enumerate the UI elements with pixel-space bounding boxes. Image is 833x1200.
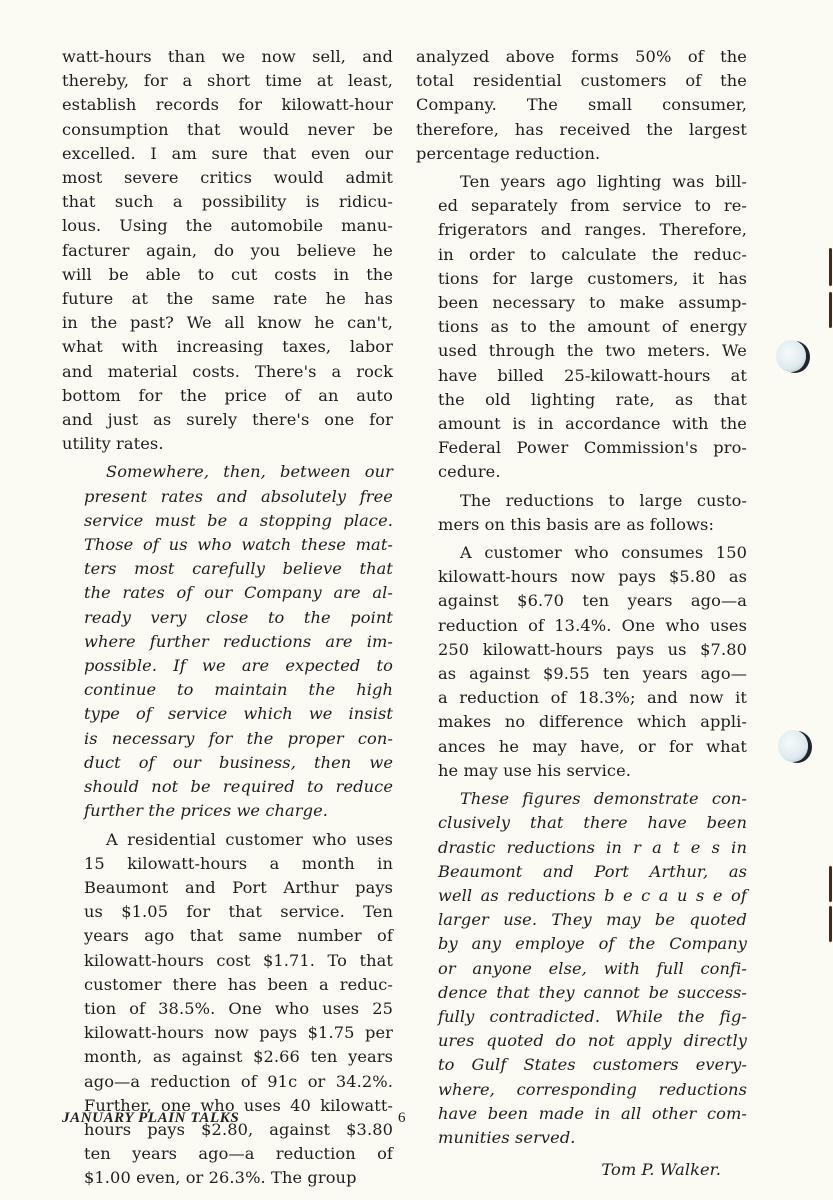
text-line: ures quoted do not apply directly	[416, 1029, 747, 1053]
text-line: the rates of our Company are al-	[62, 581, 393, 605]
text-line: Beaumont and Port Arthur pays	[62, 876, 393, 900]
text-line: us $1.05 for that service. Ten	[62, 900, 393, 924]
text-line: clusively that there have been	[416, 811, 747, 835]
text-line: possible. If we are expected to	[62, 654, 393, 678]
author-signature: Tom P. Walker.	[416, 1158, 747, 1182]
edge-mark	[829, 906, 832, 942]
right-column-paragraphs: analyzed above forms 50% of thetotal res…	[416, 45, 747, 1150]
edge-mark	[829, 248, 832, 286]
text-line: tion of 38.5%. One who uses 25	[62, 997, 393, 1021]
text-line: what with increasing taxes, labor	[62, 335, 393, 359]
text-line: The reductions to large custo-	[416, 489, 747, 513]
text-line: he may use his service.	[416, 759, 747, 783]
text-line: the old lighting rate, as that	[416, 388, 747, 412]
text-line: been necessary to make assump-	[416, 291, 747, 315]
text-line: reduction of 13.4%. One who uses	[416, 614, 747, 638]
text-line: and just as surely there's one for	[62, 408, 393, 432]
text-line: drastic reductions in r a t e s in	[416, 836, 747, 860]
text-line: continue to maintain the high	[62, 678, 393, 702]
text-line: most severe critics would admit	[62, 166, 393, 190]
paragraph: A residential customer who uses15 kilowa…	[62, 828, 393, 1191]
text-line: 250 kilowatt-hours pays us $7.80	[416, 638, 747, 662]
text-line: years ago that same number of	[62, 924, 393, 948]
text-line: dence that they cannot be success-	[416, 981, 747, 1005]
text-line: Federal Power Commission's pro-	[416, 436, 747, 460]
text-line: where, corresponding reductions	[416, 1078, 747, 1102]
text-line: should not be required to reduce	[62, 775, 393, 799]
text-line: Ten years ago lighting was bill-	[416, 170, 747, 194]
text-line: ed separately from service to re-	[416, 194, 747, 218]
text-line: A customer who consumes 150	[416, 541, 747, 565]
text-line: customer there has been a reduc-	[62, 973, 393, 997]
text-line: and material costs. There's a rock	[62, 360, 393, 384]
text-line: thereby, for a short time at least,	[62, 69, 393, 93]
text-line: kilowatt-hours cost $1.71. To that	[62, 949, 393, 973]
text-line: duct of our business, then we	[62, 751, 393, 775]
text-line: ances he may have, or for what	[416, 735, 747, 759]
text-line: watt-hours than we now sell, and	[62, 45, 393, 69]
text-line: type of service which we insist	[62, 702, 393, 726]
left-column: watt-hours than we now sell, andthereby,…	[62, 45, 393, 1191]
page-number: 6	[398, 1110, 406, 1127]
publication-title: JANUARY PLAIN TALKS	[62, 1110, 239, 1126]
text-line: larger use. They may be quoted	[416, 908, 747, 932]
text-line: amount is in accordance with the	[416, 412, 747, 436]
text-line: Those of us who watch these mat-	[62, 533, 393, 557]
text-line: have billed 25-kilowatt-hours at	[416, 364, 747, 388]
text-line: ready very close to the point	[62, 606, 393, 630]
text-line: makes no difference which appli-	[416, 710, 747, 734]
text-line: percentage reduction.	[416, 142, 747, 166]
text-line: used through the two meters. We	[416, 339, 747, 363]
paragraph: The reductions to large custo-mers on th…	[416, 489, 747, 537]
text-line: to Gulf States customers every-	[416, 1053, 747, 1077]
text-line: service must be a stopping place.	[62, 509, 393, 533]
text-line: a reduction of 18.3%; and now it	[416, 686, 747, 710]
text-line: tions as to the amount of energy	[416, 315, 747, 339]
page-footer: JANUARY PLAIN TALKS 6	[62, 1110, 422, 1127]
text-line: ters most carefully believe that	[62, 557, 393, 581]
text-line: mers on this basis are as follows:	[416, 513, 747, 537]
text-line: fully contradicted. While the fig-	[416, 1005, 747, 1029]
text-line: that such a possibility is ridicu-	[62, 190, 393, 214]
text-line: as against $9.55 ten years ago—	[416, 662, 747, 686]
text-line: is necessary for the proper con-	[62, 727, 393, 751]
paragraph: These figures demonstrate con-clusively …	[416, 787, 747, 1150]
text-line: month, as against $2.66 ten years	[62, 1045, 393, 1069]
text-line: kilowatt-hours now pays $1.75 per	[62, 1021, 393, 1045]
text-line: facturer again, do you believe he	[62, 239, 393, 263]
text-line: well as reductions b e c a u s e of	[416, 884, 747, 908]
text-line: have been made in all other com-	[416, 1102, 747, 1126]
text-line: consumption that would never be	[62, 118, 393, 142]
text-line: by any employe of the Company	[416, 932, 747, 956]
text-line: bottom for the price of an auto	[62, 384, 393, 408]
text-line: will be able to cut costs in the	[62, 263, 393, 287]
text-line: present rates and absolutely free	[62, 485, 393, 509]
text-line: 15 kilowatt-hours a month in	[62, 852, 393, 876]
text-line: in order to calculate the reduc-	[416, 243, 747, 267]
text-line: Somewhere, then, between our	[62, 460, 393, 484]
text-line: ago—a reduction of 91c or 34.2%.	[62, 1070, 393, 1094]
text-line: establish records for kilowatt-hour	[62, 93, 393, 117]
text-line: ten years ago—a reduction of	[62, 1142, 393, 1166]
text-line: analyzed above forms 50% of the	[416, 45, 747, 69]
text-line: kilowatt-hours now pays $5.80 as	[416, 565, 747, 589]
text-line: cedure.	[416, 460, 747, 484]
text-line: These figures demonstrate con-	[416, 787, 747, 811]
text-line: $1.00 even, or 26.3%. The group	[62, 1166, 393, 1190]
text-line: frigerators and ranges. Therefore,	[416, 218, 747, 242]
text-line: utility rates.	[62, 432, 393, 456]
paragraph: A customer who consumes 150kilowatt-hour…	[416, 541, 747, 783]
text-line: lous. Using the automobile manu-	[62, 214, 393, 238]
binder-hole-bottom	[778, 730, 808, 762]
text-line: munities served.	[416, 1126, 747, 1150]
edge-mark	[829, 292, 832, 328]
paragraph: Ten years ago lighting was bill-ed separ…	[416, 170, 747, 485]
text-line: where further reductions are im-	[62, 630, 393, 654]
text-line: tions for large customers, it has	[416, 267, 747, 291]
paragraph: analyzed above forms 50% of thetotal res…	[416, 45, 747, 166]
text-line: Beaumont and Port Arthur, as	[416, 860, 747, 884]
text-line: excelled. I am sure that even our	[62, 142, 393, 166]
text-line: therefore, has received the largest	[416, 118, 747, 142]
binder-hole-top	[776, 340, 806, 372]
text-line: Company. The small consumer,	[416, 93, 747, 117]
text-line: further the prices we charge.	[62, 799, 393, 823]
right-column: analyzed above forms 50% of thetotal res…	[416, 45, 747, 1182]
text-line: or anyone else, with full confi-	[416, 957, 747, 981]
text-line: A residential customer who uses	[62, 828, 393, 852]
text-line: future at the same rate he has	[62, 287, 393, 311]
paragraph: Somewhere, then, between ourpresent rate…	[62, 460, 393, 823]
text-line: against $6.70 ten years ago—a	[416, 589, 747, 613]
text-line: in the past? We all know he can't,	[62, 311, 393, 335]
edge-mark	[829, 866, 832, 902]
text-line: total residential customers of the	[416, 69, 747, 93]
paragraph: watt-hours than we now sell, andthereby,…	[62, 45, 393, 456]
